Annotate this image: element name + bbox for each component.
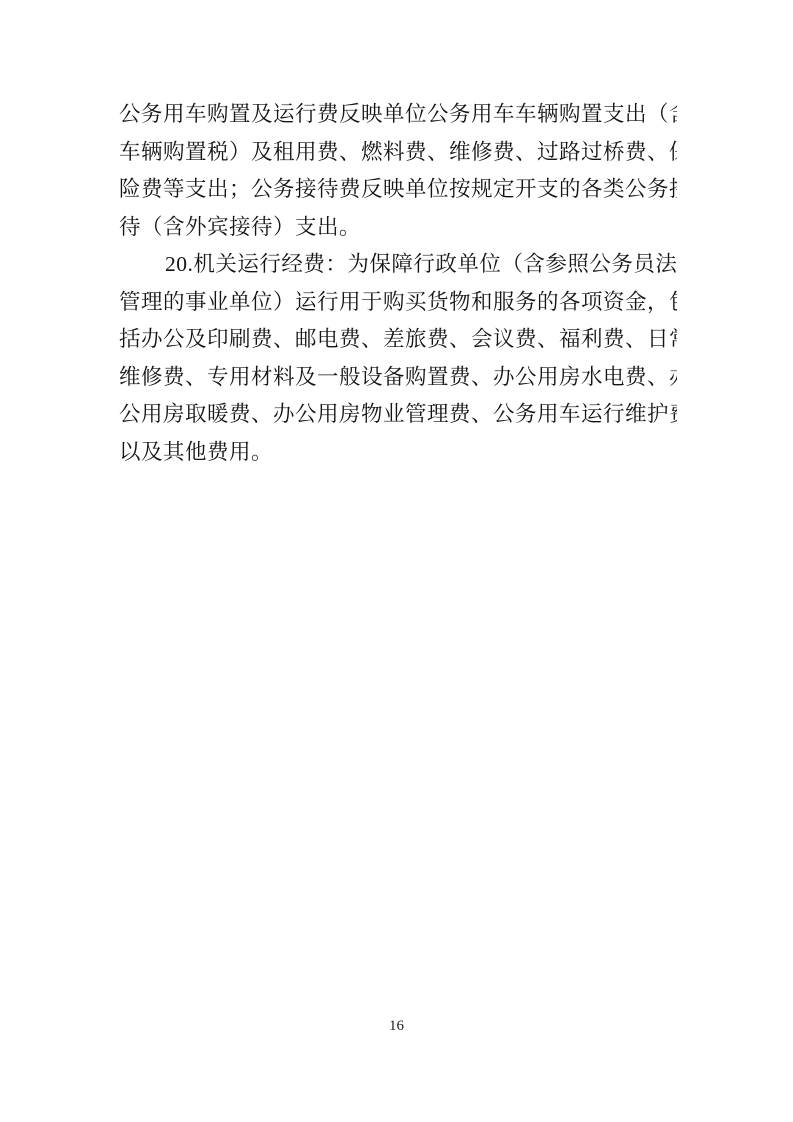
page-number: 16 [0, 1018, 793, 1035]
text-line: 公用房取暖费、办公用房物业管理费、公务用车运行维护费 [119, 396, 677, 434]
body-text: 公务用车购置及运行费反映单位公务用车车辆购置支出（含 车辆购置税）及租用费、燃料… [119, 96, 677, 471]
text-line: 括办公及印刷费、邮电费、差旅费、会议费、福利费、日常 [119, 321, 677, 359]
text-line: 公务用车购置及运行费反映单位公务用车车辆购置支出（含 [119, 96, 677, 134]
text-line: 险费等支出；公务接待费反映单位按规定开支的各类公务接 [119, 171, 677, 209]
text-line: 待（含外宾接待）支出。 [119, 209, 677, 247]
document-page: 公务用车购置及运行费反映单位公务用车车辆购置支出（含 车辆购置税）及租用费、燃料… [0, 0, 793, 1122]
paragraph: 公务用车购置及运行费反映单位公务用车车辆购置支出（含 车辆购置税）及租用费、燃料… [119, 96, 677, 246]
text-line: 以及其他费用。 [119, 434, 677, 472]
text-line: 管理的事业单位）运行用于购买货物和服务的各项资金，包 [119, 284, 677, 322]
paragraph: 20.机关运行经费：为保障行政单位（含参照公务员法 管理的事业单位）运行用于购买… [119, 246, 677, 471]
text-line: 维修费、专用材料及一般设备购置费、办公用房水电费、办 [119, 359, 677, 397]
text-line: 20.机关运行经费：为保障行政单位（含参照公务员法 [119, 246, 677, 284]
text-line: 车辆购置税）及租用费、燃料费、维修费、过路过桥费、保 [119, 134, 677, 172]
